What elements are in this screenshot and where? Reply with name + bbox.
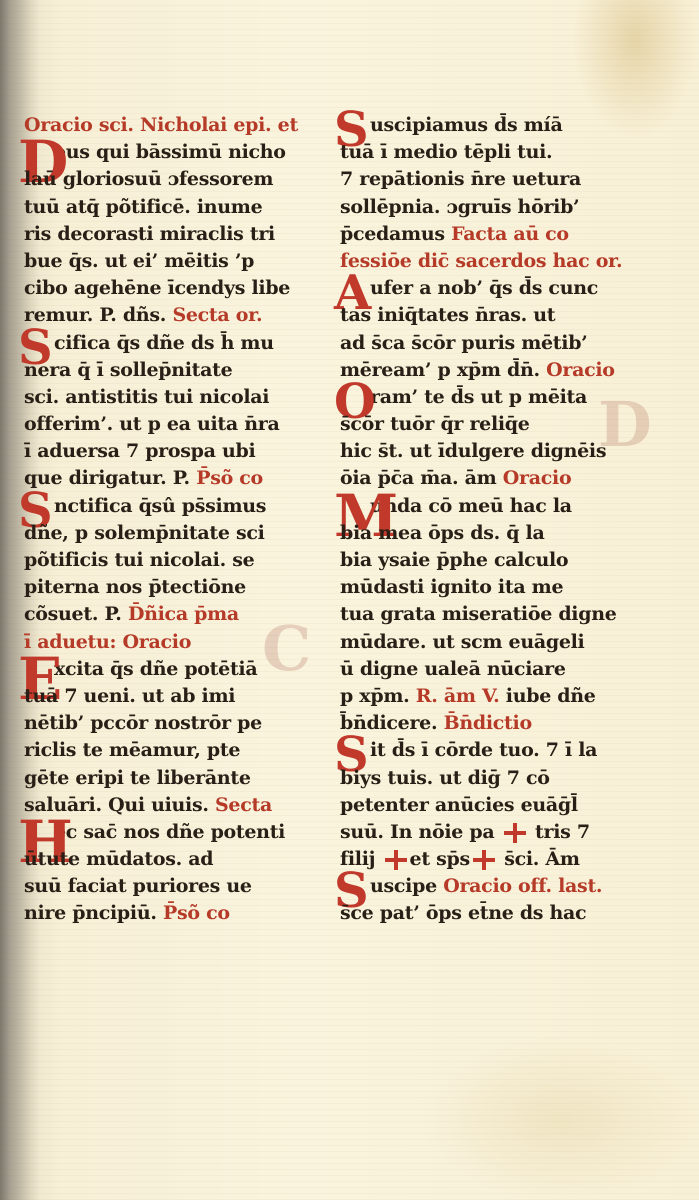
- line-text: p̄cedamus: [340, 223, 445, 245]
- line-text: sollēpnia. ɔgruīs hōrib’: [340, 196, 579, 218]
- text-line: remur. P. dñs. Secta or.: [24, 302, 314, 329]
- text-line: Scifica q̄s dñe ds h̄ mu: [24, 330, 314, 357]
- text-line: piterna nos p̄tectiōne: [24, 574, 314, 601]
- line-text: unda cō meū hac la: [370, 495, 572, 517]
- line-text: nire p̄ncipiū.: [24, 902, 157, 924]
- rubric-text: B̄n̄dictio: [444, 712, 532, 734]
- text-line: tas iniq̄tates n̄ras. ut: [340, 302, 640, 329]
- line-text: nctifica q̄sû ps̄simus: [54, 495, 266, 517]
- text-line: s̄cōr tuōr q̄r reliq̄e: [340, 411, 640, 438]
- text-line: Hec sac̄ nos dñe potenti: [24, 819, 314, 846]
- line-text: bue q̄s. ut ei’ mēitis ’p: [24, 250, 254, 272]
- line-text: cõsuet. P.: [24, 603, 122, 625]
- line-text: cibo agehēne īcendys libe: [24, 277, 290, 299]
- line-text: tas iniq̄tates n̄ras. ut: [340, 304, 555, 326]
- line-text: tuā 7 ueni. ut ab imi: [24, 685, 235, 707]
- line-text: ūtute mūdatos. ad: [24, 848, 213, 870]
- text-line: bia mea ōps ds. q̄ la: [340, 520, 640, 547]
- text-line: mēream’ p xp̄m d̄n̄. Oracio: [340, 357, 640, 384]
- line-text: it d̄s ī cōrde tuo. 7 ī la: [370, 739, 597, 761]
- text-line: Suscipe Oracio off. last.: [340, 873, 640, 900]
- line-text: fessiōe dic̄ sacerdos hac or.: [340, 250, 622, 272]
- text-line: tuā ī medio tēpli tui.: [340, 139, 640, 166]
- text-line: ūtute mūdatos. ad: [24, 846, 314, 873]
- line-text: nētib’ pccōr nostrōr pe: [24, 712, 262, 734]
- text-line: offerim’. ut p ea uita n̄ra: [24, 411, 314, 438]
- text-line: bia ysaie p̄phe calculo: [340, 547, 640, 574]
- text-line: ī aduersa 7 prospa ubi: [24, 438, 314, 465]
- rubric-text: P̄sõ co: [196, 467, 263, 489]
- text-line: ī aduetu: Oracio: [24, 629, 314, 656]
- text-line: Excita q̄s dñe potētiā: [24, 656, 314, 683]
- line-text: uscipiamus d̄s míā: [370, 114, 562, 136]
- rubric-text: Oracio: [546, 359, 615, 381]
- text-line: cõsuet. P. D̄ñica p̄ma: [24, 601, 314, 628]
- line-text: hic s̄t. ut īdulgere dignēis: [340, 440, 606, 462]
- right-column: Suscipiamus d̄s míātuā ī medio tēpli…: [340, 112, 640, 928]
- line-text: xcita q̄s dñe potētiā: [54, 658, 257, 680]
- manuscript-page: C D Oracio sci. Nicholai epi. etDeus qui…: [0, 0, 699, 1200]
- text-line: Sit d̄s ī cōrde tuo. 7 ī la: [340, 737, 640, 764]
- line-text: tua grata miseratiōe digne: [340, 603, 617, 625]
- line-text: nera q̄ ī sollep̄nitate: [24, 359, 232, 381]
- text-line: gēte eripi te liberānte: [24, 765, 314, 792]
- text-line: tuā 7 ueni. ut ab imi: [24, 683, 314, 710]
- line-text: bia mea ōps ds. q̄ la: [340, 522, 544, 544]
- rubric-text: D̄ñica p̄ma: [128, 603, 239, 625]
- text-line: dñe, p solemp̄nitate sci: [24, 520, 314, 547]
- rubric-text: Secta: [215, 794, 272, 816]
- line-text: põtificis tui nicolai. se: [24, 549, 254, 571]
- line-text: 7 repātionis n̄re uetura: [340, 168, 581, 190]
- line-text: s̄ce pat’ ōps et̄ne ds hac: [340, 902, 586, 924]
- text-line: ris decorasti miraclis tri: [24, 221, 314, 248]
- line-text: gēte eripi te liberānte: [24, 767, 251, 789]
- text-line: tua grata miseratiōe digne: [340, 601, 640, 628]
- text-line: ad s̄ca s̄cōr puris mētib’: [340, 330, 640, 357]
- line-text: ū digne ualeā nūciare: [340, 658, 566, 680]
- text-line: ū digne ualeā nūciare: [340, 656, 640, 683]
- text-line: tuū atq̄ põtificē. inume: [24, 194, 314, 221]
- text-line: Snctifica q̄sû ps̄simus: [24, 493, 314, 520]
- line-text: biys tuis. ut diḡ 7 cō: [340, 767, 550, 789]
- line-text: sci. antistitis tui nicolai: [24, 386, 269, 408]
- text-line: s̄ce pat’ ōps et̄ne ds hac: [340, 900, 640, 927]
- line-text: mūdasti ignito ita me: [340, 576, 563, 598]
- text-line: mūdare. ut scm euāgeli: [340, 629, 640, 656]
- line-text: ufer a nob’ q̄s d̄s cunc: [370, 277, 598, 299]
- line-text: s̄cōr tuōr q̄r reliq̄e: [340, 413, 530, 435]
- line-text: ad s̄ca s̄cōr puris mētib’: [340, 332, 588, 354]
- text-line: biys tuis. ut diḡ 7 cō: [340, 765, 640, 792]
- line-text: petenter anūcies euāḡl̄: [340, 794, 578, 816]
- line-text: tuā ī medio tēpli tui.: [340, 141, 552, 163]
- red-cross-icon: [473, 850, 495, 870]
- text-line: cibo agehēne īcendys libe: [24, 275, 314, 302]
- text-line: fessiōe dic̄ sacerdos hac or.: [340, 248, 640, 275]
- line-text: laū gloriosuū ɔfessorem: [24, 168, 273, 190]
- line-text: dñe, p solemp̄nitate sci: [24, 522, 265, 544]
- text-line: Munda cō meū hac la: [340, 493, 640, 520]
- text-line: suū faciat puriores ue: [24, 873, 314, 900]
- line-text: eus qui bāssimū nicho: [54, 141, 286, 163]
- rubric-text: R. ām V.: [416, 685, 500, 707]
- line-text-mid: et sp̄s: [410, 848, 470, 870]
- rubric-text: Secta or.: [172, 304, 262, 326]
- text-line: bue q̄s. ut ei’ mēitis ’p: [24, 248, 314, 275]
- text-line: nera q̄ ī sollep̄nitate: [24, 357, 314, 384]
- line-text: tuū atq̄ põtificē. inume: [24, 196, 262, 218]
- text-line: põtificis tui nicolai. se: [24, 547, 314, 574]
- line-text: mūdare. ut scm euāgeli: [340, 631, 584, 653]
- text-line: nire p̄ncipiū. P̄sõ co: [24, 900, 314, 927]
- line-text-after: s̄ci. Ām: [504, 848, 579, 870]
- red-cross-icon: [504, 823, 526, 843]
- text-line: b̄n̄dicere. B̄n̄dictio: [340, 710, 640, 737]
- rubric-text: Facta aū co: [451, 223, 569, 245]
- line-text: suū faciat puriores ue: [24, 875, 252, 897]
- left-column: Oracio sci. Nicholai epi. etDeus qui bās…: [24, 112, 314, 928]
- line-text: ī aduersa 7 prospa ubi: [24, 440, 255, 462]
- line-text-after: iube dñe: [506, 685, 596, 707]
- text-line: 7 repātionis n̄re uetura: [340, 166, 640, 193]
- text-line: Aufer a nob’ q̄s d̄s cunc: [340, 275, 640, 302]
- line-text: bia ysaie p̄phe calculo: [340, 549, 568, 571]
- line-text: ec sac̄ nos dñe potenti: [54, 821, 285, 843]
- rubric-text: Oracio: [503, 467, 572, 489]
- line-text-after: tris 7: [535, 821, 590, 843]
- rubric-text: P̄sõ co: [163, 902, 230, 924]
- text-line: riclis te mēamur, pte: [24, 737, 314, 764]
- line-text: p xp̄m.: [340, 685, 409, 707]
- text-line: Suscipiamus d̄s míā: [340, 112, 640, 139]
- line-text: offerim’. ut p ea uita n̄ra: [24, 413, 279, 435]
- text-line: hic s̄t. ut īdulgere dignēis: [340, 438, 640, 465]
- text-line: p xp̄m. R. ām V. iube dñe: [340, 683, 640, 710]
- text-line: sci. antistitis tui nicolai: [24, 384, 314, 411]
- text-line: Oram’ te d̄s ut p mēita: [340, 384, 640, 411]
- line-text: ram’ te d̄s ut p mēita: [370, 386, 587, 408]
- line-text: riclis te mēamur, pte: [24, 739, 240, 761]
- rubric-text: Oracio off. last.: [443, 875, 602, 897]
- line-text: cifica q̄s dñe ds h̄ mu: [54, 332, 274, 354]
- text-line: laū gloriosuū ɔfessorem: [24, 166, 314, 193]
- text-line: filij et sp̄s s̄ci. Ām: [340, 846, 640, 873]
- red-cross-icon: [385, 850, 407, 870]
- text-line: nētib’ pccōr nostrōr pe: [24, 710, 314, 737]
- line-text: ris decorasti miraclis tri: [24, 223, 275, 245]
- text-line: Deus qui bāssimū nicho: [24, 139, 314, 166]
- line-text: uscipe: [370, 875, 437, 897]
- text-line: mūdasti ignito ita me: [340, 574, 640, 601]
- text-line: petenter anūcies euāḡl̄: [340, 792, 640, 819]
- text-line: que dirigatur. P. P̄sõ co: [24, 465, 314, 492]
- text-line: sollēpnia. ɔgruīs hōrib’: [340, 194, 640, 221]
- line-text: piterna nos p̄tectiōne: [24, 576, 246, 598]
- text-line: p̄cedamus Facta aū co: [340, 221, 640, 248]
- text-line: suū. In nōie pa tris 7: [340, 819, 640, 846]
- line-text: suū. In nōie pa: [340, 821, 494, 843]
